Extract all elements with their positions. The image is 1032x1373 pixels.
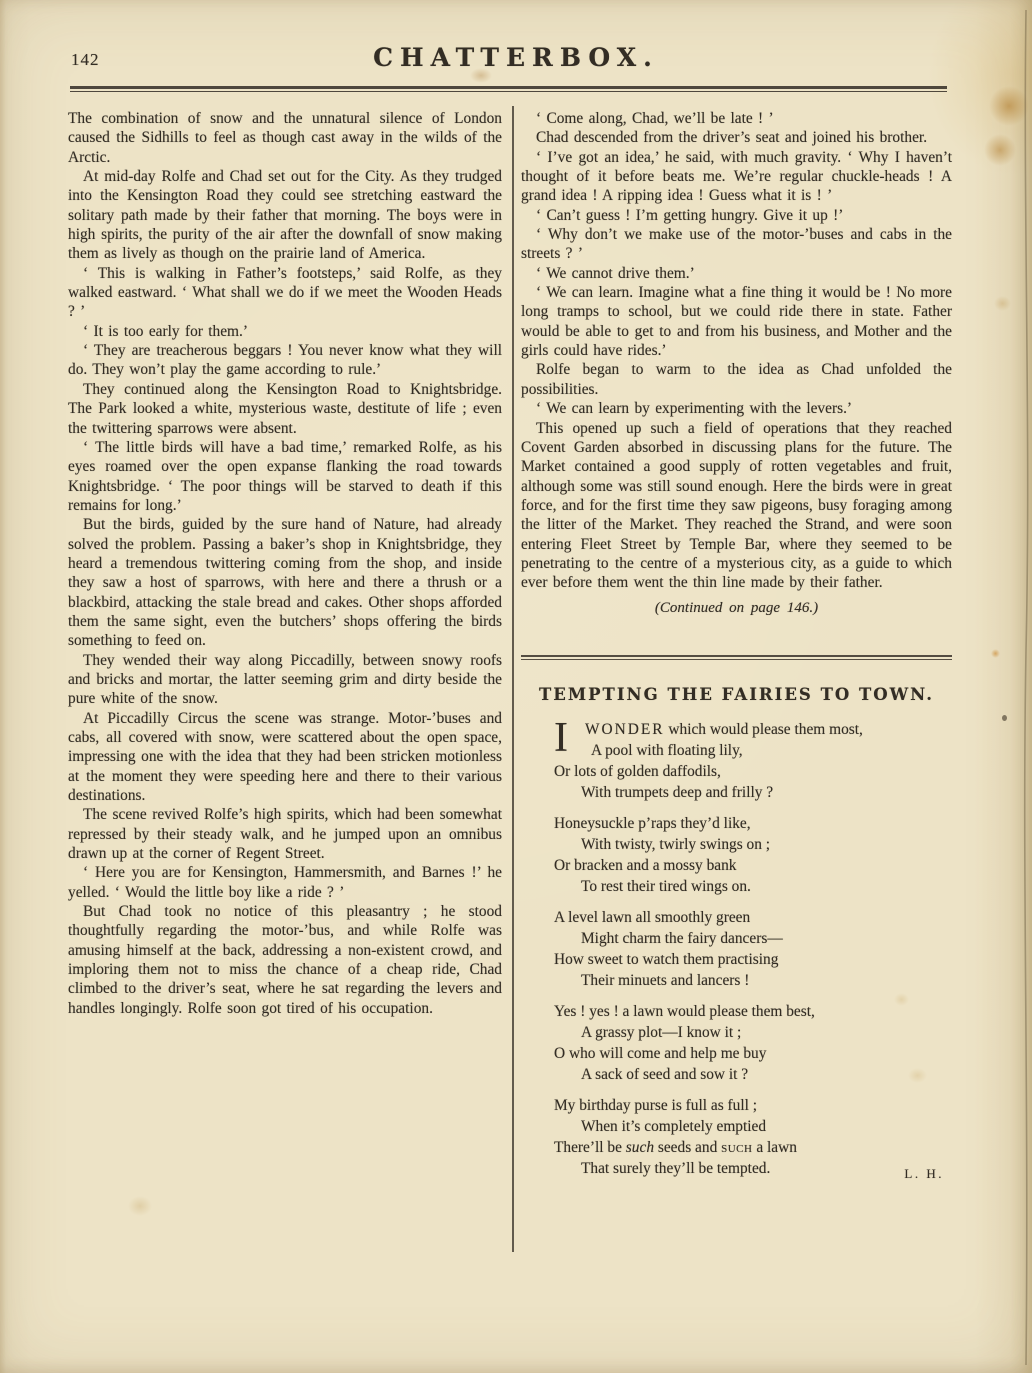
story-paragraph: ‘ This is walking in Father’s footsteps,… [68,264,502,322]
poem-line: To rest their tired wings on. [554,876,952,897]
poem-line: My birthday purse is full as full ; [554,1095,952,1116]
story-paragraph: ‘ Can’t guess ! I’m getting hungry. Give… [521,206,952,225]
poem-line: There’ll be such seeds and such a lawn [554,1137,952,1158]
story-paragraph: ‘ I’ve got an idea,’ he said, with much … [521,148,952,206]
drop-cap: I [554,718,568,758]
story-paragraph: The combination of snow and the unnatura… [68,109,502,167]
story-paragraph: ‘ They are treacherous beggars ! You nev… [68,341,502,380]
poem-line: With trumpets deep and frilly ? [554,782,952,803]
right-column: ‘ Come along, Chad, we’ll be late ! ’Cha… [521,109,952,1189]
story-paragraph: ‘ We cannot drive them.’ [521,264,952,283]
stain [128,1196,152,1216]
section-rule [521,655,952,662]
poem-line: A pool with floating lily, [554,740,952,761]
poem-line: Yes ! yes ! a lawn would please them bes… [554,1001,952,1022]
poem-line: L. H.That surely they’ll be tempted. [554,1158,952,1179]
story-paragraph: Chad descended from the driver’s seat an… [521,128,952,147]
masthead-title: CHATTERBOX. [0,43,1032,72]
story-paragraph: ‘ Here you are for Kensington, Hammersmi… [68,863,502,902]
stain [984,134,1016,166]
stain [994,296,1011,311]
story-paragraph: They wended their way along Piccadilly, … [68,651,502,709]
poem-line: Or lots of golden daffodils, [554,761,952,782]
story-paragraph: ‘ We can learn. Imagine what a fine thin… [521,283,952,360]
story-paragraph: ‘ The little birds will have a bad time,… [68,438,502,515]
left-column: The combination of snow and the unnatura… [68,109,502,1018]
story-paragraph: Rolfe began to warm to the idea as Chad … [521,360,952,399]
story-paragraph: They continued along the Kensington Road… [68,380,502,438]
poem-line: With twisty, twirly swings on ; [554,834,952,855]
poem-line: Might charm the fairy dancers— [554,928,952,949]
story-paragraph: But the birds, guided by the sure hand o… [68,515,502,650]
poem-line: A level lawn all smoothly green [554,907,952,928]
poem-stanza: Honeysuckle p’raps they’d like,With twis… [554,813,952,897]
poem-line: Or bracken and a mossy bank [554,855,952,876]
story-paragraph: This opened up such a field of operation… [521,419,952,593]
poem-stanza: My birthday purse is full as full ;When … [554,1095,952,1179]
text-segment: WONDER [585,721,665,738]
story-paragraph: The scene revived Rolfe’s high spirits, … [68,805,502,863]
poem-line: O who will come and help me buy [554,1043,952,1064]
text-segment: such [721,1139,752,1156]
column-divider [512,106,514,1252]
poem-attribution: L. H. [904,1158,944,1184]
right-column-paragraphs: ‘ Come along, Chad, we’ll be late ! ’Cha… [521,109,952,593]
story-paragraph: But Chad took no notice of this pleasant… [68,902,502,1018]
poem-line: A sack of seed and sow it ? [554,1064,952,1085]
poem-line: A grassy plot—I know it ; [554,1022,952,1043]
story-paragraph: ‘ Come along, Chad, we’ll be late ! ’ [521,109,952,128]
poem-line: How sweet to watch them practising [554,949,952,970]
poem-line: WONDER which would please them most, [554,719,952,740]
story-paragraph: At Piccadilly Circus the scene was stran… [68,709,502,806]
poem-stanza: Yes ! yes ! a lawn would please them bes… [554,1001,952,1085]
story-paragraph: ‘ It is too early for them.’ [68,322,502,341]
story-paragraph: ‘ We can learn by experimenting with the… [521,399,952,418]
stain [991,649,1000,658]
poem-line: When it’s completely emptied [554,1116,952,1137]
continued-note: (Continued on page 146.) [521,599,952,618]
poem-line: Their minuets and lancers ! [554,970,952,991]
poem-stanza: IWONDER which would please them most,A p… [554,719,952,803]
poem-title: TEMPTING THE FAIRIES TO TOWN. [521,685,952,704]
story-paragraph: ‘ Why don’t we make use of the motor-’bu… [521,225,952,264]
text-segment: such [626,1139,654,1156]
story-paragraph: At mid-day Rolfe and Chad set out for th… [68,167,502,264]
poem-stanza: A level lawn all smoothly greenMight cha… [554,907,952,991]
header-rule [70,86,947,94]
speck [1002,715,1007,721]
magazine-page: 142 CHATTERBOX. The combination of snow … [0,0,1032,1373]
stain [989,86,1029,126]
poem-line: Honeysuckle p’raps they’d like, [554,813,952,834]
poem: IWONDER which would please them most,A p… [521,719,952,1179]
